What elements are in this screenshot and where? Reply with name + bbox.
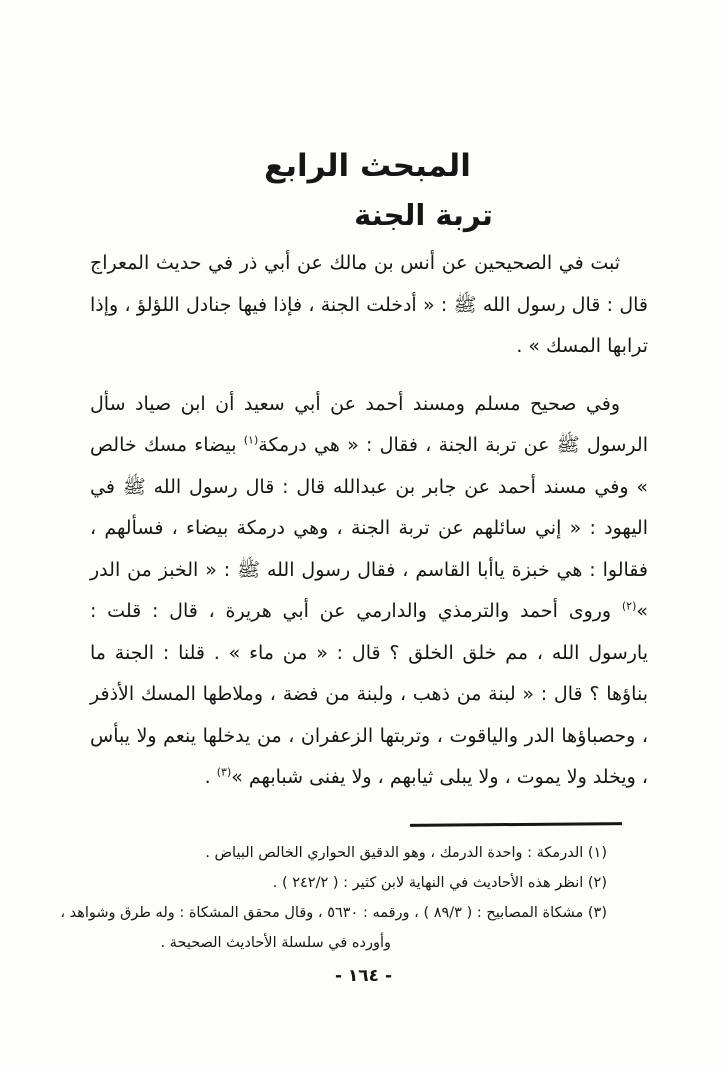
footnote-marker: (٣) (217, 766, 232, 779)
footnote: (١) الدرمكة : واحدة الدرمك ، وهو الدقيق … (55, 838, 607, 868)
footnote-marker: (٢) (622, 600, 637, 613)
footnotes: (١) الدرمكة : واحدة الدرمك ، وهو الدقيق … (55, 838, 607, 958)
footnote-marker: (١) (244, 434, 259, 447)
page-number: - ١٦٤ - (0, 966, 727, 986)
footnote-separator (410, 822, 622, 827)
footnote-continuation: وأورده في سلسلة الأحاديث الصحيحة . (55, 928, 607, 958)
footnote: (٢) انظر هذه الأحاديث في النهاية لابن كث… (55, 868, 607, 898)
text-run: بيضاء مسك خالص » وفي مسند أحمد عن جابر ب… (90, 434, 648, 622)
paragraph: ثبت في الصحيحين عن أنس بن مالك عن أبي ذر… (90, 243, 648, 368)
text-run: وروى أحمد والترمذي والدارمي عن أبي هريرة… (90, 600, 648, 788)
book-page: المبحث الرابع تربة الجنة ثبت في الصحيحين… (0, 0, 727, 1066)
section-title: تربة الجنة (60, 198, 727, 232)
title-block: المبحث الرابع تربة الجنة (0, 148, 727, 232)
text-run: ثبت في الصحيحين عن أنس بن مالك عن أبي ذر… (90, 252, 648, 357)
chapter-title: المبحث الرابع (4, 148, 727, 184)
footnote: (٣) مشكاة المصابيح : ( ٨٩/٣ ) ، ورقمه : … (55, 898, 607, 928)
paragraph: وفي صحيح مسلم ومسند أحمد عن أبي سعيد أن … (90, 384, 648, 799)
text-run: . (205, 766, 217, 788)
body-text: ثبت في الصحيحين عن أنس بن مالك عن أبي ذر… (90, 243, 648, 799)
